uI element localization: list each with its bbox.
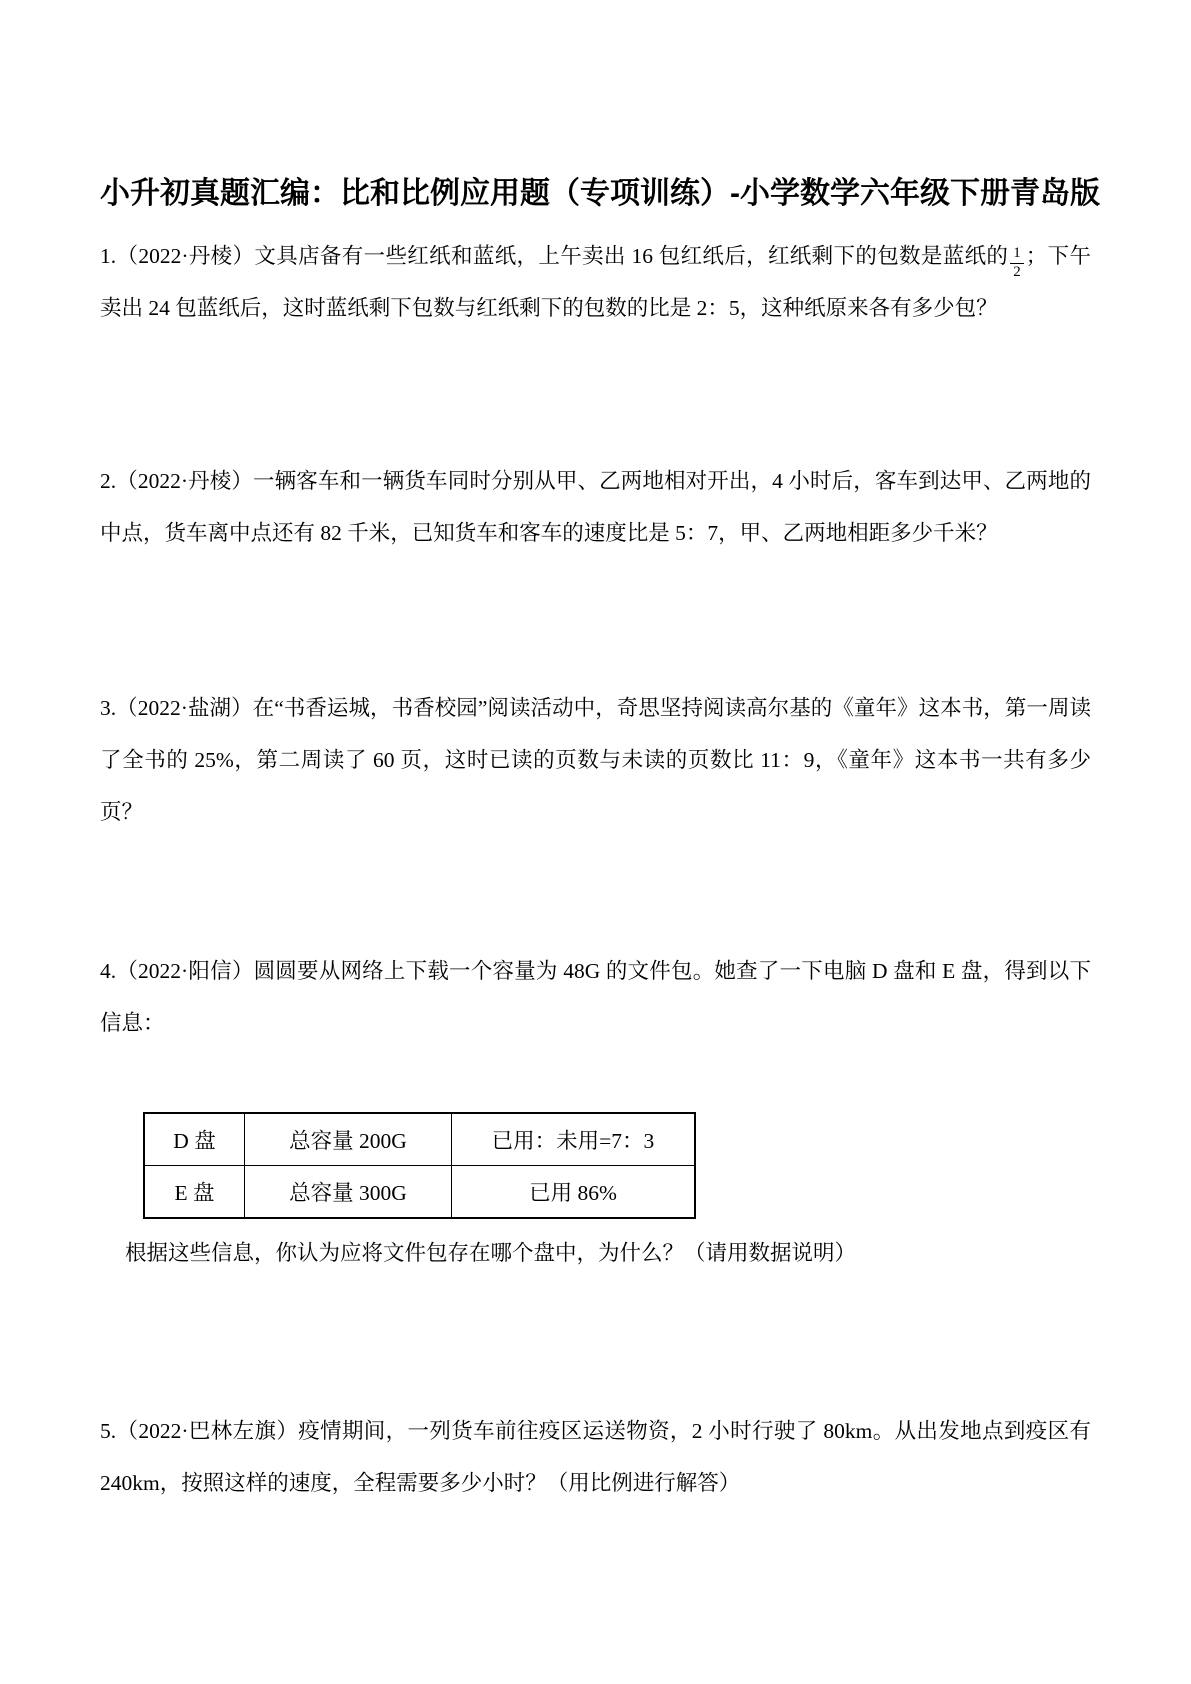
fraction-denominator: 2: [1010, 264, 1024, 281]
fraction-numerator: 1: [1010, 246, 1024, 264]
table-row-d-disk: D 盘 总容量 200G 已用：未用=7：3: [144, 1113, 695, 1166]
table-row-e-disk: E 盘 总容量 300G 已用 86%: [144, 1166, 695, 1219]
problem-5: 5.（2022·巴林左旗）疫情期间，一列货车前往疫区运送物资，2 小时行驶了 8…: [100, 1405, 1091, 1509]
table-cell-e-disk-name: E 盘: [144, 1166, 245, 1219]
table-cell-e-disk-usage: 已用 86%: [452, 1166, 696, 1219]
table-cell-d-disk-usage: 已用：未用=7：3: [452, 1113, 696, 1166]
problem-1: 1.（2022·丹棱）文具店备有一些红纸和蓝纸，上午卖出 16 包红纸后，红纸剩…: [100, 230, 1091, 334]
problem-2: 2.（2022·丹棱）一辆客车和一辆货车同时分别从甲、乙两地相对开出，4 小时后…: [100, 455, 1091, 559]
problem-1-text-before: 1.（2022·丹棱）文具店备有一些红纸和蓝纸，上午卖出 16 包红纸后，红纸剩…: [100, 244, 1008, 268]
problem-3: 3.（2022·盐湖）在“书香运城，书香校园”阅读活动中，奇思坚持阅读高尔基的《…: [100, 682, 1091, 838]
worksheet-page: 小升初真题汇编：比和比例应用题（专项训练）-小学数学六年级下册青岛版 1.（20…: [0, 0, 1191, 1509]
problem-4: 4.（2022·阳信）圆圆要从网络上下载一个容量为 48G 的文件包。她查了一下…: [100, 945, 1091, 1049]
disk-info-table: D 盘 总容量 200G 已用：未用=7：3 E 盘 总容量 300G 已用 8…: [143, 1112, 696, 1219]
table-cell-d-disk-capacity: 总容量 200G: [245, 1113, 452, 1166]
problem-4-note: 根据这些信息，你认为应将文件包存在哪个盘中，为什么？（请用数据说明）: [100, 1227, 1091, 1279]
table-cell-d-disk-name: D 盘: [144, 1113, 245, 1166]
page-title: 小升初真题汇编：比和比例应用题（专项训练）-小学数学六年级下册青岛版: [100, 0, 1091, 210]
table-cell-e-disk-capacity: 总容量 300G: [245, 1166, 452, 1219]
fraction-one-half: 12: [1010, 246, 1024, 281]
